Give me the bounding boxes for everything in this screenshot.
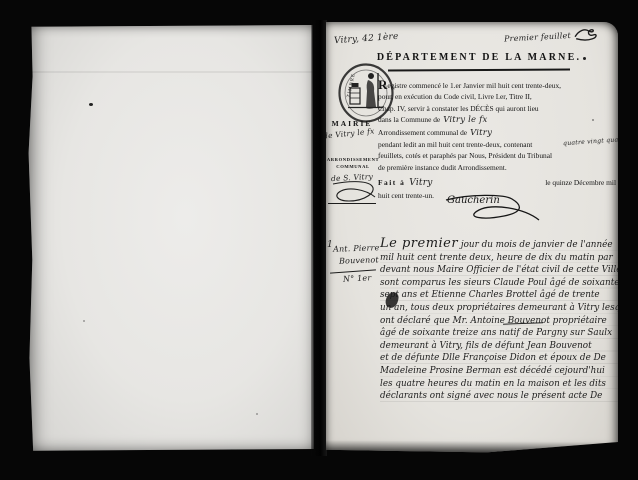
act-line: demeurant à Vitry, fils de défunt Jean B… — [380, 340, 618, 353]
act-line: déclarants ont signé avec nous le présen… — [380, 390, 618, 403]
president-signature: Gaucherin — [444, 190, 554, 230]
register-line-text: egistre commencé le 1.er Janvier mil hui… — [387, 81, 561, 90]
register-line-text: dans la Commune de — [378, 115, 440, 124]
paper-crease — [28, 71, 314, 73]
ink-speck — [592, 119, 594, 121]
act-line: un an, tous deux propriétaires demeurant… — [380, 302, 618, 315]
dropcap-r: R — [378, 77, 387, 92]
ink-speck — [83, 320, 85, 322]
act-line: sont comparus les sieurs Claude Poul âgé… — [380, 277, 618, 290]
register-line-text: Arrondissement communal de — [378, 128, 467, 137]
ink-speck — [583, 57, 586, 60]
handwritten-mairie-commune: de Vitry le fx — [323, 126, 375, 140]
first-leaf-text: Premier feuillet — [504, 30, 571, 42]
register-line: Chap. IV, servir à constater les DÉCÈS q… — [378, 103, 616, 114]
arrondissement-label-line2: COMMUNAL — [326, 163, 380, 170]
handwritten-first-leaf-note: Premier feuillet — [504, 26, 600, 47]
fait-prefix: Fait à — [378, 177, 405, 188]
act-line: âgé de soixante treize ans natif de Parg… — [380, 327, 618, 340]
register-line: dans la Commune deVitry le fx — [378, 114, 616, 126]
signature-text: Gaucherin — [447, 195, 500, 206]
act-margin-name: Bouvenot — [339, 255, 379, 265]
register-line: feuillets, cotés et paraphés par Nous, P… — [378, 150, 616, 161]
fait-line: Fait à Vitry le quinze Décembre mil — [378, 177, 616, 189]
ink-speck — [256, 413, 258, 415]
arrondissement-label: ARRONDISSEMENT COMMUNAL — [326, 156, 380, 170]
register-line: Registre commencé le 1.er Janvier mil hu… — [378, 80, 616, 91]
page-bottom-shadow — [326, 440, 618, 456]
register-line: pour, en exécution du Code civil, Livre … — [378, 91, 616, 102]
margin-rule — [328, 203, 376, 204]
paraph-flourish-icon — [572, 26, 599, 43]
act-line-text: jour du mois de janvier de l'année — [461, 240, 613, 250]
act-number: N° 1er — [343, 273, 372, 283]
act-line: mil huit cent trente deux, heure de dix … — [380, 252, 618, 265]
register-line: de première instance dudit Arrondissemen… — [378, 162, 616, 173]
handwritten-fait-place: Vitry — [409, 178, 432, 189]
act-line: Madeleine Prosine Berman est décédé cejo… — [380, 365, 618, 378]
act-line: ont déclaré que Mr. Antoine Bouvenot pro… — [380, 315, 618, 328]
act-line: les quatre heures du matin en la maison … — [380, 378, 618, 391]
fait-date: le quinze Décembre mil — [545, 177, 616, 188]
act-line: et de défunte Dlle Françoise Didon et ép… — [380, 352, 618, 365]
arrondissement-label-line1: ARRONDISSEMENT — [326, 156, 380, 163]
handwritten-call-number: Vitry, 42 1ère — [334, 32, 399, 46]
handwritten-arrondissement-name: Vitry — [470, 128, 492, 138]
act-line: sept ans et Etienne Charles Brottel âgé … — [380, 289, 618, 302]
act-line: devant nous Maire Officier de l'état civ… — [380, 264, 618, 277]
page-title: DÉPARTEMENT DE LA MARNE. — [376, 52, 582, 63]
act-opening-words: Le premier — [380, 236, 458, 251]
book-spine-gutter — [311, 20, 327, 456]
register-title-page: Vitry, 42 1ère Premier feuillet DÉPARTEM… — [326, 22, 618, 455]
ink-speck — [89, 103, 93, 106]
register-scan: Vitry, 42 1ère Premier feuillet DÉPARTEM… — [0, 0, 638, 480]
margin-flourish-icon — [327, 180, 379, 204]
act-body-text: Le premier jour du mois de janvier de l'… — [380, 238, 618, 403]
handwritten-commune-name: Vitry le fx — [443, 115, 487, 125]
act-line: Le premier jour du mois de janvier de l'… — [380, 238, 618, 252]
blank-left-page — [28, 25, 314, 452]
register-line: Arrondissement communal deVitry — [378, 127, 616, 139]
title-underline — [388, 69, 570, 72]
act-margin-name: Ant. Pierre — [333, 243, 380, 254]
